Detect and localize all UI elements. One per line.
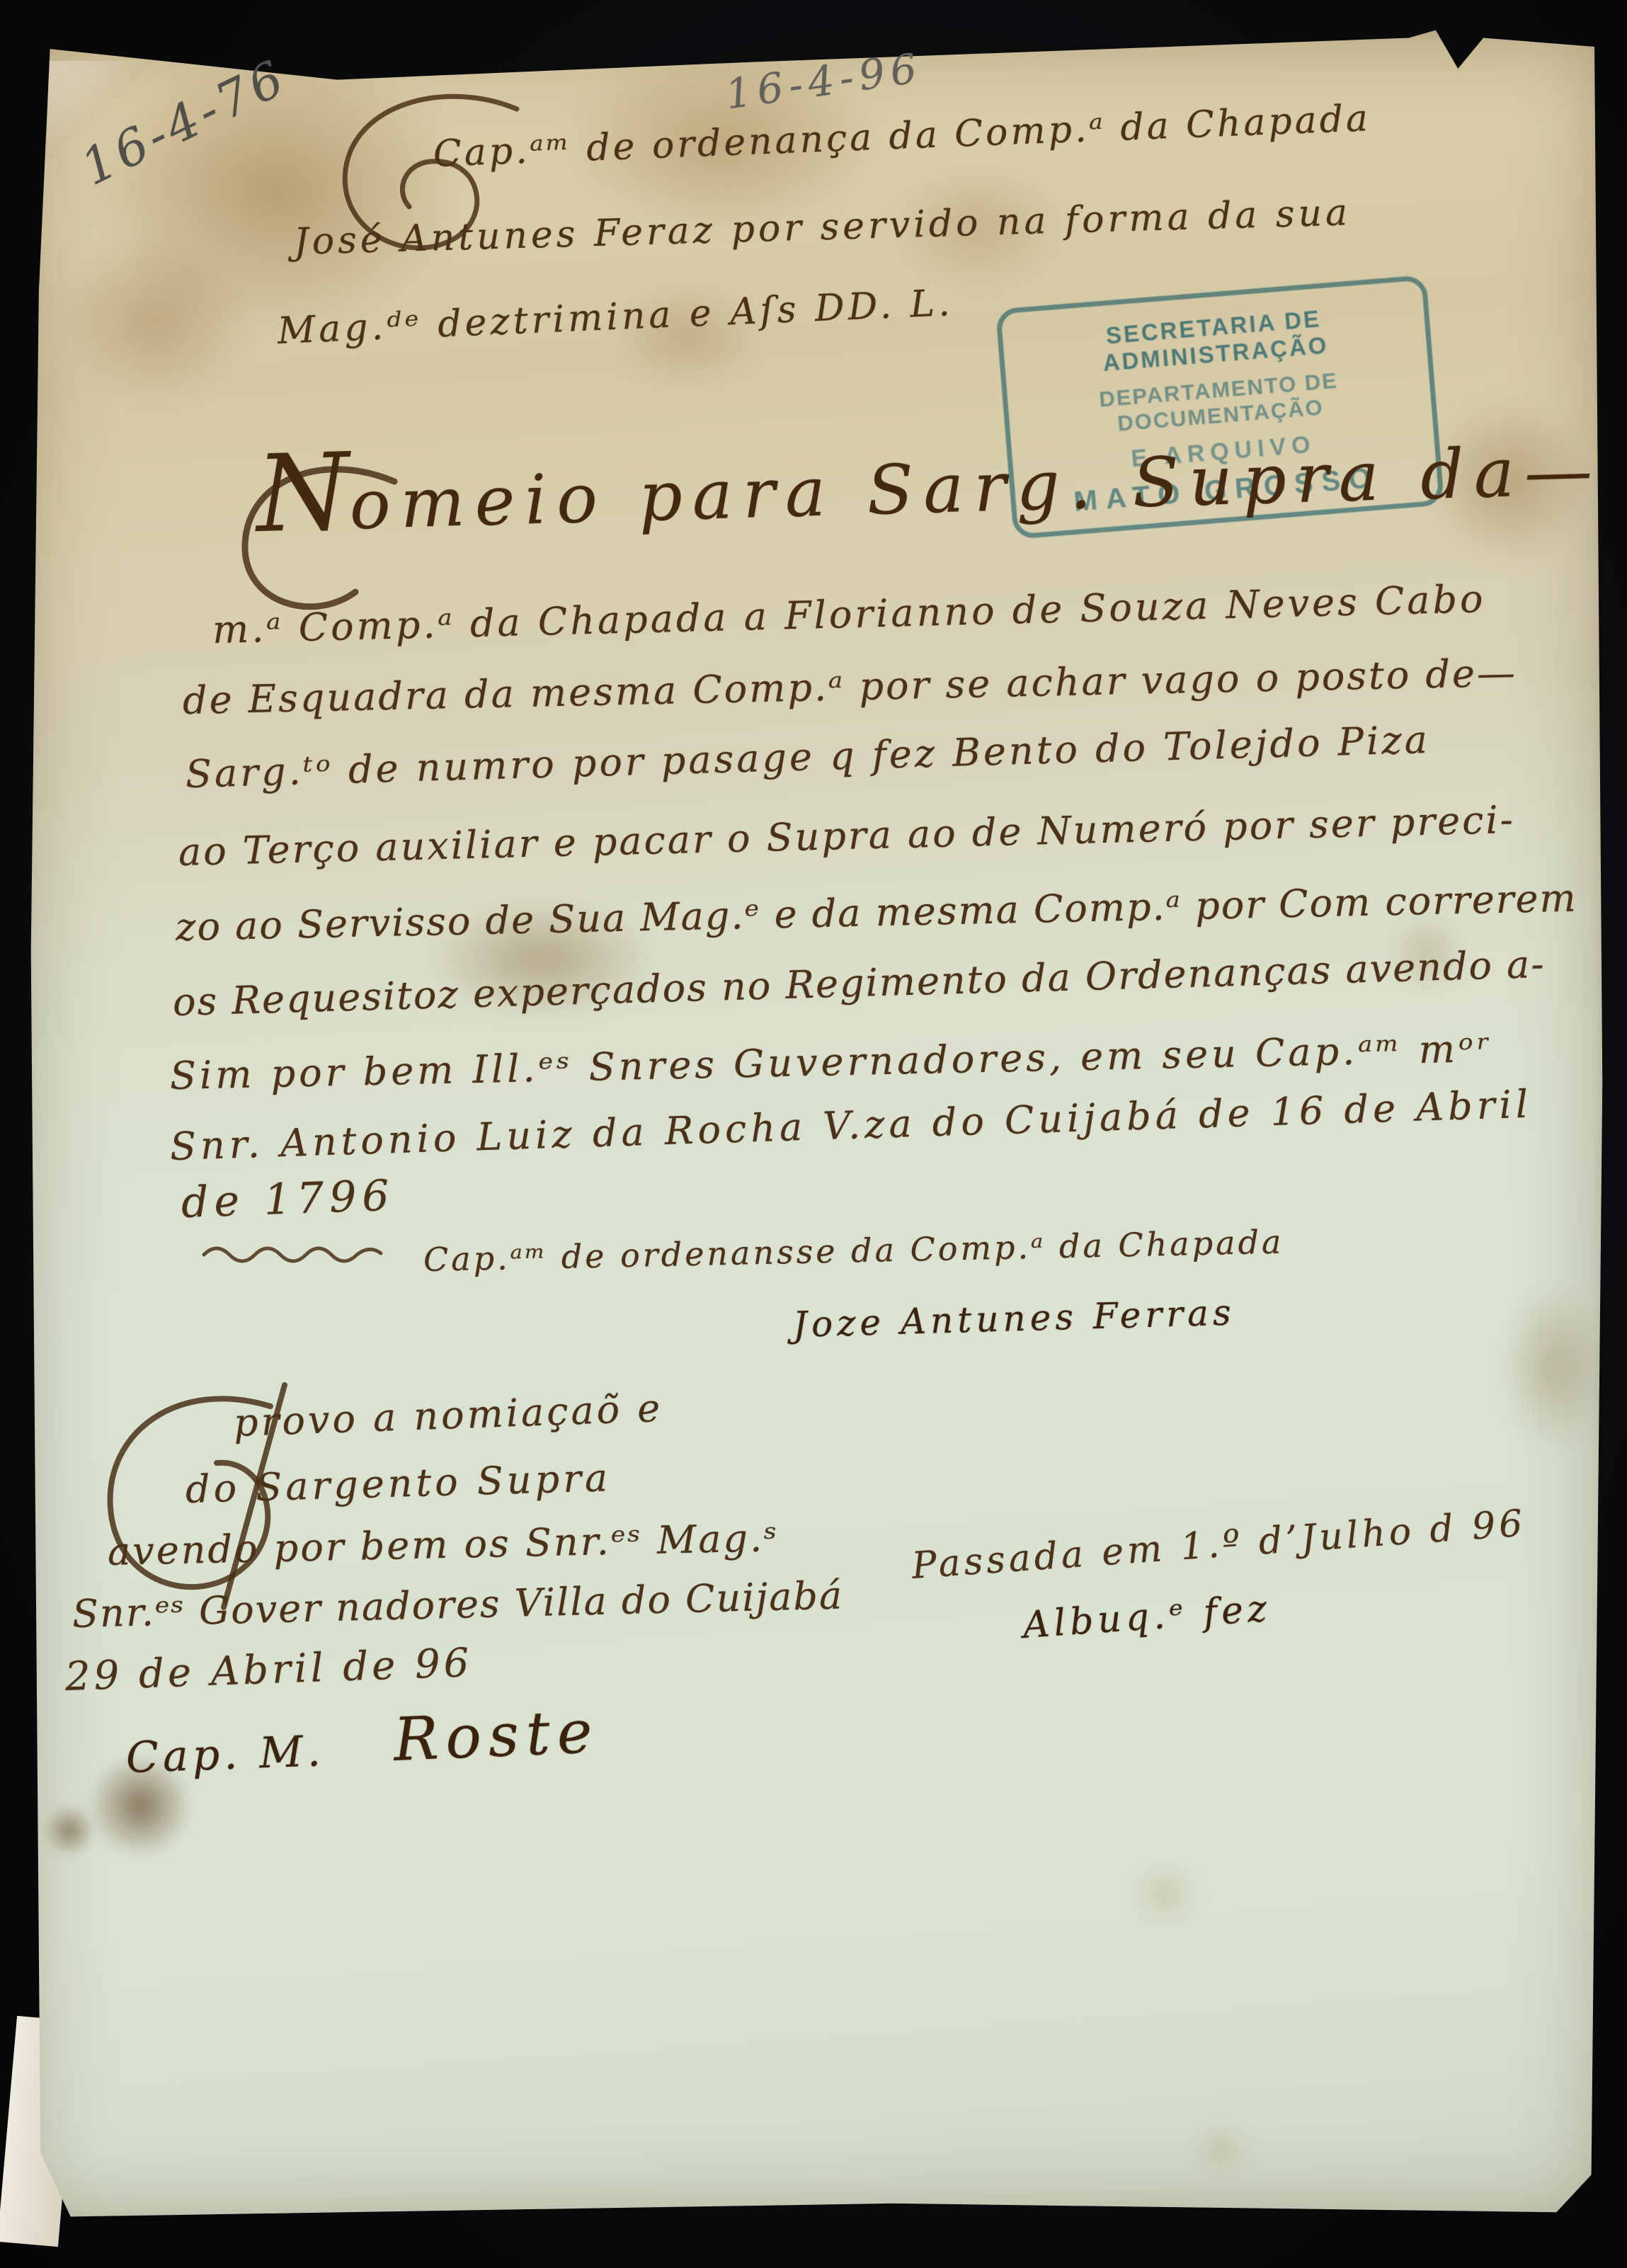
approval-signature-name: Roste [392,1697,600,1774]
approval-signature-rank: Cap. M. [125,1726,326,1783]
ink-flourish-underline [200,1238,398,1269]
photo-backdrop: 16-4-76 16-4-96 Cap.ᵃᵐ de ordenança da C… [0,0,1627,2268]
body-line-9: de 1796 [181,1170,396,1227]
stain [57,234,255,404]
stain [1133,1862,1197,1926]
stain [41,1802,98,1859]
stain [1501,1282,1607,1452]
heading-initial: N [255,431,351,557]
stain [1197,2124,1246,2174]
